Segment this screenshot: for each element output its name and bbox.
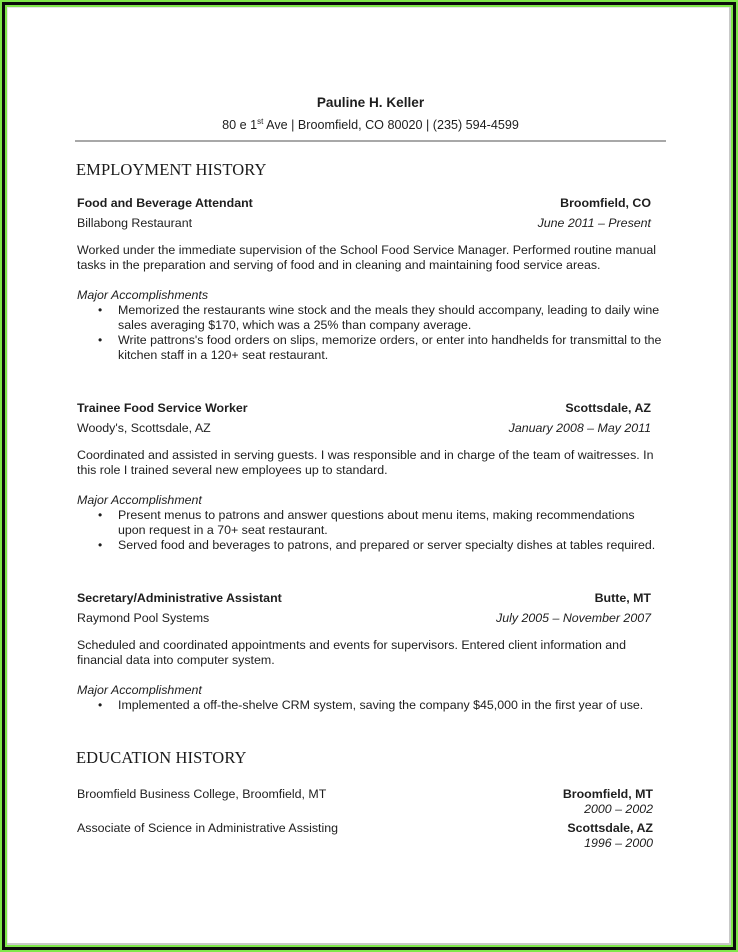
job-employer: Raymond Pool Systems <box>77 611 209 626</box>
accomplishments-label: Major Accomplishment <box>77 683 651 698</box>
candidate-name: Pauline H. Keller <box>76 95 665 110</box>
accomplishments-label: Major Accomplishments <box>77 288 651 303</box>
education-location: Scottsdale, AZ <box>567 821 653 836</box>
education-dates: 1996 – 2000 <box>567 836 653 851</box>
bullet-icon: • <box>98 303 102 318</box>
bullet-icon: • <box>98 538 102 553</box>
job-location: Butte, MT <box>595 591 651 606</box>
accomplishments-label: Major Accomplishment <box>77 493 651 508</box>
job-entry: Food and Beverage AttendantBroomfield, C… <box>77 196 651 363</box>
job-dates: July 2005 – November 2007 <box>496 611 651 626</box>
job-employer: Billabong Restaurant <box>77 216 192 231</box>
job-description: Scheduled and coordinated appointments a… <box>77 638 657 668</box>
accomplishment-item: •Write pattrons's food orders on slips, … <box>77 333 663 363</box>
job-entry: Trainee Food Service WorkerScottsdale, A… <box>77 401 651 553</box>
job-position: Secretary/Administrative Assistant <box>77 591 282 606</box>
job-description: Worked under the immediate supervision o… <box>77 243 657 273</box>
bullet-icon: • <box>98 333 102 348</box>
education-school: Broomfield Business College, Broomfield,… <box>77 787 326 817</box>
accomplishments-list: •Memorized the restaurants wine stock an… <box>77 303 651 363</box>
contact-line: 80 e 1st Ave | Broomfield, CO 80020 | (2… <box>76 118 665 133</box>
education-school: Associate of Science in Administrative A… <box>77 821 338 851</box>
accomplishments-list: •Implemented a off-the-shelve CRM system… <box>77 698 651 713</box>
job-dates: January 2008 – May 2011 <box>509 421 651 436</box>
accomplishments-list: •Present menus to patrons and answer que… <box>77 508 651 553</box>
education-dates: 2000 – 2002 <box>563 802 653 817</box>
education-entry: Broomfield Business College, Broomfield,… <box>77 787 653 817</box>
job-entry: Secretary/Administrative AssistantButte,… <box>77 591 651 713</box>
job-location: Scottsdale, AZ <box>565 401 651 416</box>
address-prefix: 80 e 1 <box>222 118 257 132</box>
education-list: Broomfield Business College, Broomfield,… <box>77 787 653 851</box>
education-location: Broomfield, MT <box>563 787 653 802</box>
job-position: Trainee Food Service Worker <box>77 401 248 416</box>
job-description: Coordinated and assisted in serving gues… <box>77 448 657 478</box>
accomplishment-item: •Served food and beverages to patrons, a… <box>77 538 663 553</box>
employment-section-title: EMPLOYMENT HISTORY <box>76 162 267 177</box>
job-employer: Woody's, Scottsdale, AZ <box>77 421 211 436</box>
accomplishment-item: •Implemented a off-the-shelve CRM system… <box>77 698 663 713</box>
bullet-icon: • <box>98 698 102 713</box>
header-divider <box>75 140 666 142</box>
job-dates: June 2011 – Present <box>538 216 651 231</box>
education-entry: Associate of Science in Administrative A… <box>77 821 653 851</box>
address-suffix: Ave | Broomfield, CO 80020 | (235) 594-4… <box>263 118 519 132</box>
job-position: Food and Beverage Attendant <box>77 196 253 211</box>
bullet-icon: • <box>98 508 102 523</box>
accomplishment-item: •Present menus to patrons and answer que… <box>77 508 663 538</box>
job-location: Broomfield, CO <box>560 196 651 211</box>
resume-page: Pauline H. Keller 80 e 1st Ave | Broomfi… <box>7 7 731 945</box>
accomplishment-item: •Memorized the restaurants wine stock an… <box>77 303 663 333</box>
education-section-title: EDUCATION HISTORY <box>76 750 247 765</box>
